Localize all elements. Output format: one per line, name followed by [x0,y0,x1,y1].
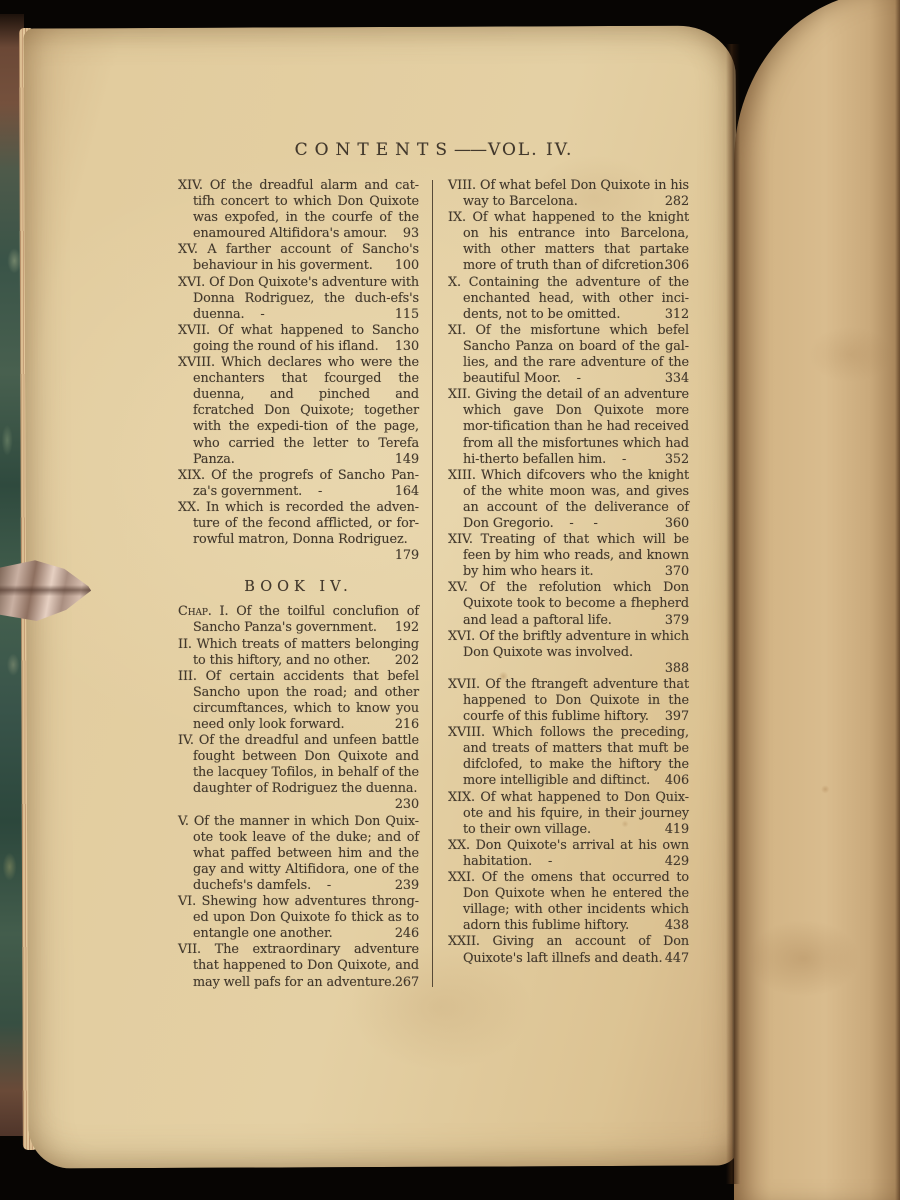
toc-entry: XXI. Of the omens that occurred to Don Q… [448,870,689,934]
book-iv-heading: BOOK IV. [178,579,419,595]
page-number: 370 [680,564,689,580]
chapter-number: XIV. [448,532,473,547]
entry-text: Of the dreadful and unfeen battle fought… [193,733,419,796]
page-number: 388 [472,661,689,677]
entry-text: Shewing how adventures throng-ed upon Do… [193,894,419,941]
entry-text: Giving the detail of an adventure which … [463,387,689,466]
page-number: 239 [410,878,419,894]
toc-columns: XIV. Of the dreadful alarm and cat-tifh … [178,178,690,991]
entry-text: Which declares who were the enchanters t… [193,355,419,467]
entry-text: The extraordinary adventure that happene… [193,942,419,989]
toc-entry: XIII. Which difcovers who the knight of … [448,468,689,532]
entry-text: Of the omens that occurred to Don Quixot… [463,870,689,933]
toc-entry: XI. Of the misfortune which befel Sancho… [448,323,689,387]
toc-entries-left-part1: XIV. Of the dreadful alarm and cat-tifh … [178,178,419,564]
chapter-number: VIII. [448,178,476,193]
page-number: 352 [680,452,689,468]
toc-entry: III. Of certain accidents that befel San… [178,669,419,733]
page-number: 312 [680,307,689,323]
chapter-number: III. [178,669,197,684]
entry-text: Of certain accidents that befel Sancho u… [193,669,419,732]
page-number: 282 [680,194,689,210]
chapter-number: V. [178,814,189,829]
page-number: 130 [410,339,419,355]
chapter-number: XX. [178,500,200,515]
chapter-number: IX. [448,210,466,225]
toc-entry: II. Which treats of matters belonging to… [178,637,419,669]
page-number: 438 [680,918,689,934]
header-volume-label: VOL. IV. [488,140,573,160]
toc-entry: Chap. I. Of the toilful conclufion of Sa… [178,604,419,636]
chapter-number: XIII. [448,468,476,483]
toc-entries-left-part2: Chap. I. Of the toilful conclufion of Sa… [178,604,419,990]
toc-entry: XV. Of the refolution which Don Quixote … [448,580,689,628]
page-number: 216 [410,717,419,733]
entry-text: Don Quixote's arrival at his own habitat… [463,838,689,869]
header-dash: —— [454,140,486,160]
chapter-number: XVIII. [448,725,485,740]
entry-text: Of the manner in which Don Quix-ote took… [193,814,419,893]
chapter-number: X. [448,275,461,290]
page-number: 100 [410,258,419,274]
toc-entry: VIII. Of what befel Don Quixote in his w… [448,178,689,210]
entry-text: Of the briftly adventure in which Don Qu… [463,629,689,660]
page-number: 419 [680,822,689,838]
page-number: 397 [680,709,689,725]
chapter-number: XVIII. [178,355,215,370]
chapter-number: XVII. [178,323,210,338]
page-number: 447 [680,951,689,967]
chapter-number: XVI. [448,629,475,644]
toc-entry: V. Of the manner in which Don Quix-ote t… [178,814,419,894]
entry-text: Of the ftrangeft adventure that happened… [463,677,689,724]
chapter-number: VI. [178,894,196,909]
toc-entry: XVIII. Which follows the preceding, and … [448,725,689,789]
entry-text: Containing the adventure of the enchante… [463,275,689,322]
toc-entry: VII. The extraordinary adventure that ha… [178,942,419,990]
chapter-number: Chap. I. [178,604,228,619]
page-number: 115 [410,307,419,323]
page-number: 429 [680,854,689,870]
toc-entry: IV. Of the dreadful and unfeen battle fo… [178,733,419,813]
entry-text: Of what happened to the knight on his en… [463,210,689,273]
chapter-number: IV. [178,733,194,748]
toc-column-right: VIII. Of what befel Don Quixote in his w… [448,178,689,991]
page-number: 149 [410,452,419,468]
entry-text: Of the progrefs of Sancho Pan-za's gover… [193,468,419,499]
entry-text: Which follows the preceding, and treats … [463,725,689,788]
entry-text: Treating of that which will be feen by h… [463,532,689,579]
page-number: 164 [410,484,419,500]
chapter-number: XIV. [178,178,203,193]
toc-entry: XIX. Of what happened to Don Quix-ote an… [448,790,689,838]
entry-text: Of what befel Don Quixote in his way to … [463,178,689,209]
page-header: CONTENTS——VOL. IV. [178,140,690,160]
chapter-number: XXII. [448,934,480,949]
chapter-number: II. [178,637,192,652]
page-number: 179 [202,548,419,564]
entry-text: Which difcovers who the knight of the wh… [463,468,689,531]
facing-page [734,0,900,1200]
toc-entry: XIV. Treating of that which will be feen… [448,532,689,580]
toc-entry: XVII. Of the ftrangeft adventure that ha… [448,677,689,725]
toc-entry: XII. Giving the detail of an adventure w… [448,387,689,467]
page-number: 379 [680,613,689,629]
page-number: 334 [680,371,689,387]
toc-entry: IX. Of what happened to the knight on hi… [448,210,689,274]
toc-entry: XX. Don Quixote's arrival at his own hab… [448,838,689,870]
chapter-number: XVI. [178,275,205,290]
toc-entry: XVIII. Which declares who were the encha… [178,355,419,468]
book-photo: CONTENTS——VOL. IV. XIV. Of the dreadful … [0,0,900,1200]
toc-entry: XV. A farther account of Sancho's behavi… [178,242,419,274]
entry-text: Of the dreadful alarm and cat-tifh conce… [193,178,419,241]
page-number: 202 [410,653,419,669]
toc-entry: XIX. Of the progrefs of Sancho Pan-za's … [178,468,419,500]
entry-text: Giving an account of Don Quixote's laft … [463,934,689,965]
chapter-number: XVII. [448,677,480,692]
page-number: 406 [680,773,689,789]
gutter-crease [726,44,740,1184]
chapter-number: XX. [448,838,470,853]
chapter-number: XI. [448,323,466,338]
entry-text: Of what happened to Sancho going the rou… [193,323,419,354]
page-number: 306 [680,258,689,274]
entry-text: Which treats of matters belonging to thi… [193,637,419,668]
toc-entry: XVI. Of the briftly adventure in which D… [448,629,689,677]
chapter-number: XV. [448,580,468,595]
entry-text: Of what happened to Don Quix-ote and his… [463,790,689,837]
toc-entries-right: VIII. Of what befel Don Quixote in his w… [448,178,689,967]
entry-text: Of Don Quixote's adventure with Donna Ro… [193,275,419,322]
toc-entry: XVI. Of Don Quixote's adventure with Don… [178,275,419,323]
chapter-number: XIX. [178,468,205,483]
chapter-number: VII. [178,942,201,957]
toc-column-left: XIV. Of the dreadful alarm and cat-tifh … [178,178,419,991]
chapter-number: XIX. [448,790,475,805]
toc-entry: XVII. Of what happened to Sancho going t… [178,323,419,355]
column-divider-rule [432,180,433,987]
chapter-number: XV. [178,242,198,257]
chapter-number: XII. [448,387,471,402]
toc-entry: VI. Shewing how adventures throng-ed upo… [178,894,419,942]
toc-entry: X. Containing the adventure of the encha… [448,275,689,323]
toc-entry: XXII. Giving an account of Don Quixote's… [448,934,689,966]
header-contents-label: CONTENTS [295,140,454,160]
toc-entry: XIV. Of the dreadful alarm and cat-tifh … [178,178,419,242]
entry-text: Of the refolution which Don Quixote took… [463,580,689,627]
page-number: 246 [410,926,419,942]
page-number: 192 [410,620,419,636]
printed-text-block: CONTENTS——VOL. IV. XIV. Of the dreadful … [178,140,690,991]
page-number: 360 [680,516,689,532]
entry-text: In which is recorded the adven-ture of t… [193,500,419,547]
entry-text: Of the misfortune which befel Sancho Pan… [463,323,689,386]
entry-text: A farther account of Sancho's behaviour … [193,242,419,273]
chapter-number: XXI. [448,870,475,885]
page-number: 230 [202,797,419,813]
page-number: 267 [410,975,419,991]
toc-entry: XX. In which is recorded the adven-ture … [178,500,419,564]
page-number: 93 [418,226,419,242]
